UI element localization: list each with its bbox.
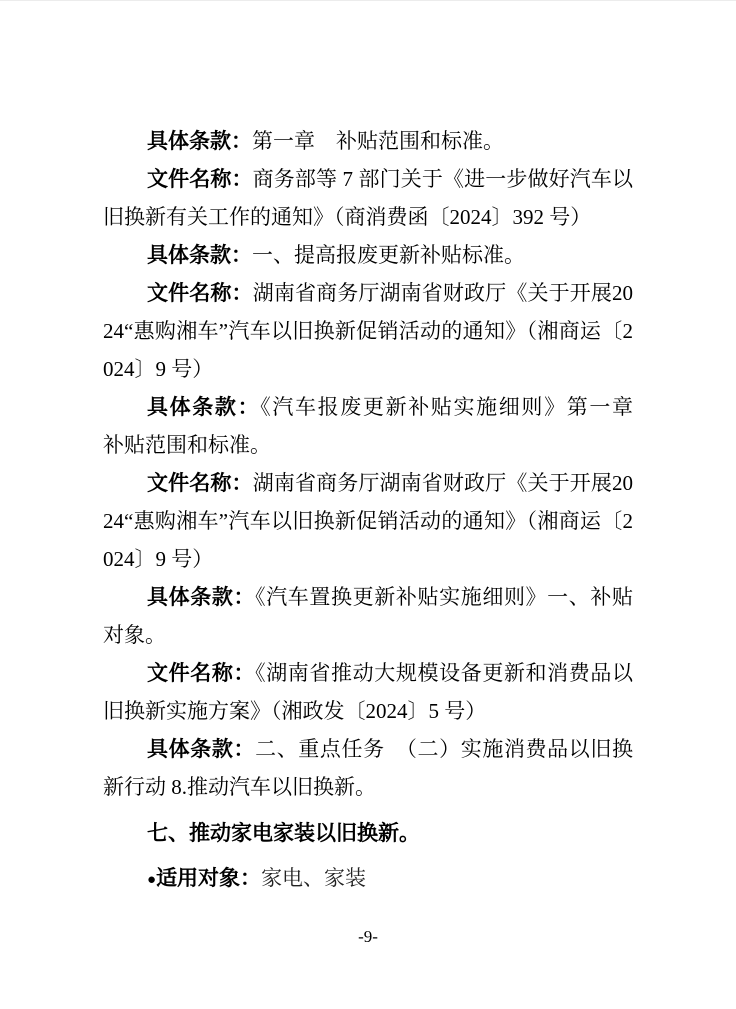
section-heading: 七、推动家电家装以旧换新。 xyxy=(103,812,633,856)
paragraph: 文件名称：《湖南省推动大规模设备更新和消费品以旧换新实施方案》（湘政发〔2024… xyxy=(103,654,633,730)
paragraph: 文件名称：湖南省商务厅湖南省财政厅《关于开展2024“惠购湘车”汽车以旧换新促销… xyxy=(103,274,633,388)
document-body: 具体条款：第一章 补贴范围和标准。 文件名称：商务部等 7 部门关于《进一步做好… xyxy=(103,122,633,902)
paragraph: 具体条款：《汽车置换更新补贴实施细则》一、补贴对象。 xyxy=(103,578,633,654)
paragraph: 具体条款：第一章 补贴范围和标准。 xyxy=(103,122,633,160)
paragraph-list: 具体条款：第一章 补贴范围和标准。 文件名称：商务部等 7 部门关于《进一步做好… xyxy=(103,122,633,806)
paragraph: 具体条款：一、提高报废更新补贴标准。 xyxy=(103,236,633,274)
paragraph-label: 文件名称： xyxy=(147,281,253,305)
paragraph-label: 具体条款： xyxy=(147,243,252,267)
bullet-item-label: 适用对象： xyxy=(156,866,261,890)
bullet-item: ●适用对象：家电、家装 xyxy=(103,856,633,902)
paragraph: 文件名称：湖南省商务厅湖南省财政厅《关于开展2024“惠购湘车”汽车以旧换新促销… xyxy=(103,464,633,578)
document-page: 具体条款：第一章 补贴范围和标准。 文件名称：商务部等 7 部门关于《进一步做好… xyxy=(0,0,736,1009)
page-number: -9- xyxy=(0,925,736,949)
bullet-item-text: 家电、家装 xyxy=(261,866,366,890)
paragraph-label: 具体条款： xyxy=(147,395,260,419)
paragraph-label: 文件名称： xyxy=(147,661,255,685)
paragraph-text: 一、提高报废更新补贴标准。 xyxy=(252,243,525,267)
paragraph-text: 第一章 补贴范围和标准。 xyxy=(252,129,504,153)
paragraph-label: 具体条款： xyxy=(147,129,252,153)
paragraph: 具体条款：《汽车报废更新补贴实施细则》第一章 补贴范围和标准。 xyxy=(103,388,633,464)
paragraph-label: 具体条款： xyxy=(147,585,255,609)
paragraph-label: 具体条款： xyxy=(147,737,255,761)
paragraph: 具体条款：二、重点任务 （二）实施消费品以旧换新行动 8.推动汽车以旧换新。 xyxy=(103,730,633,806)
paragraph-label: 文件名称： xyxy=(147,167,253,191)
bullet-dot-icon: ● xyxy=(147,872,156,888)
paragraph-label: 文件名称： xyxy=(147,471,253,495)
paragraph: 文件名称：商务部等 7 部门关于《进一步做好汽车以旧换新有关工作的通知》（商消费… xyxy=(103,160,633,236)
